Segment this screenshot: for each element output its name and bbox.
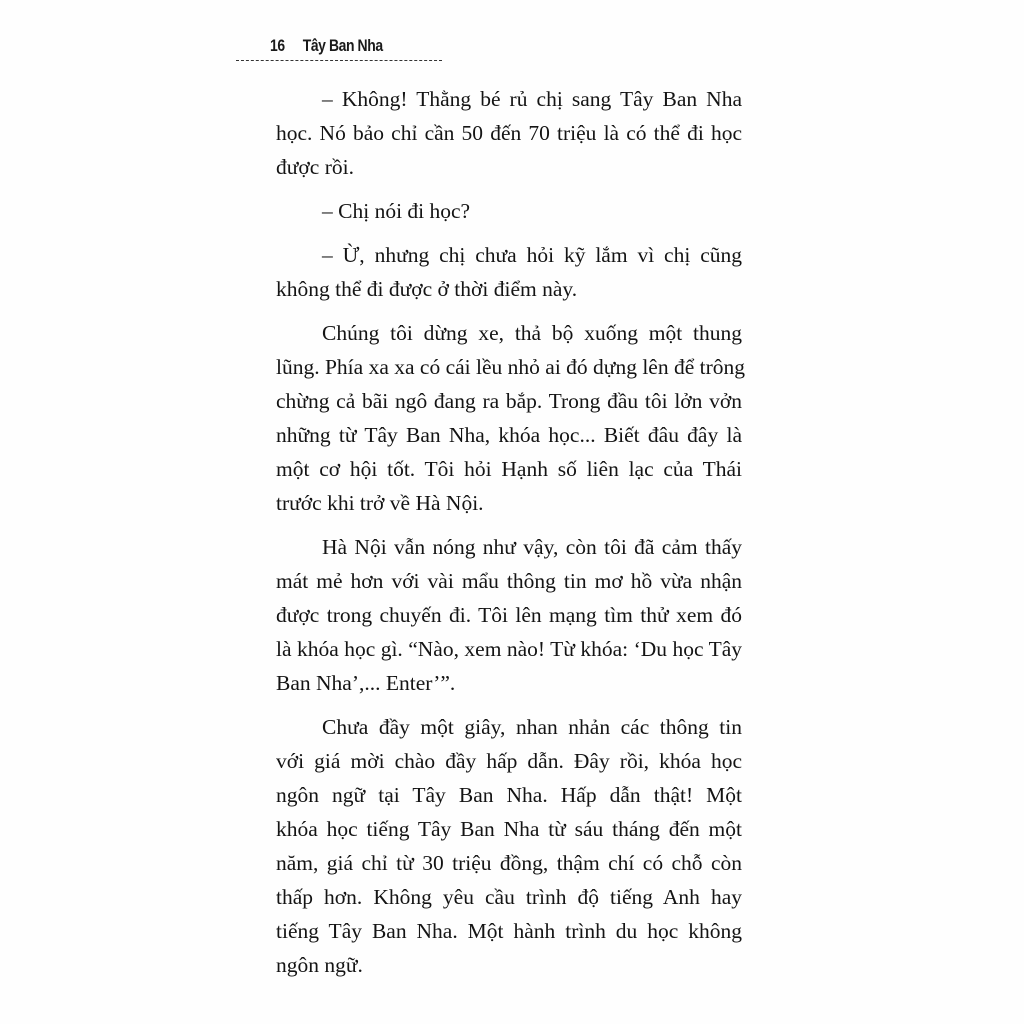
text-line: được trong chuyến đi. Tôi lên mạng tìm t… bbox=[276, 598, 742, 632]
paragraph-4: Chúng tôi dừng xe, thả bộ xuống một thun… bbox=[276, 316, 742, 520]
text-line: – Chị nói đi học? bbox=[276, 194, 742, 228]
text-line: thấp hơn. Không yêu cầu trình độ tiếng A… bbox=[276, 880, 742, 914]
text-line: – Ừ, nhưng chị chưa hỏi kỹ lắm vì chị cũ… bbox=[276, 238, 742, 272]
text-line: mát mẻ hơn với vài mẩu thông tin mơ hồ v… bbox=[276, 564, 742, 598]
text-line: một cơ hội tốt. Tôi hỏi Hạnh số liên lạc… bbox=[276, 452, 742, 486]
text-line: ngôn ngữ. bbox=[276, 948, 742, 982]
paragraph-1: – Không! Thằng bé rủ chị sang Tây Ban Nh… bbox=[276, 82, 742, 184]
text-line: Chưa đầy một giây, nhan nhản các thông t… bbox=[276, 710, 742, 744]
paragraph-6: Chưa đầy một giây, nhan nhản các thông t… bbox=[276, 710, 742, 982]
text-line: Chúng tôi dừng xe, thả bộ xuống một thun… bbox=[276, 316, 742, 350]
text-line: ngôn ngữ tại Tây Ban Nha. Hấp dẫn thật! … bbox=[276, 778, 742, 812]
text-line: – Không! Thằng bé rủ chị sang Tây Ban Nh… bbox=[276, 82, 742, 116]
text-line: khóa học tiếng Tây Ban Nha từ sáu tháng … bbox=[276, 812, 742, 846]
book-page: 16Tây Ban Nha – Không! Thằng bé rủ chị s… bbox=[0, 0, 1024, 1024]
running-title: Tây Ban Nha bbox=[303, 36, 383, 55]
text-line: Ban Nha’,... Enter’”. bbox=[276, 666, 742, 700]
text-line: được rồi. bbox=[276, 150, 742, 184]
page-number: 16 bbox=[270, 36, 285, 55]
text-line: chừng cả bãi ngô đang ra bắp. Trong đầu … bbox=[276, 384, 742, 418]
text-line: trước khi trở về Hà Nội. bbox=[276, 486, 742, 520]
text-line: lũng. Phía xa xa có cái lều nhỏ ai đó dự… bbox=[276, 350, 742, 384]
header-dashed-rule bbox=[236, 60, 442, 61]
text-line: Hà Nội vẫn nóng như vậy, còn tôi đã cảm … bbox=[276, 530, 742, 564]
text-line: với giá mời chào đầy hấp dẫn. Đây rồi, k… bbox=[276, 744, 742, 778]
text-line: không thể đi được ở thời điểm này. bbox=[276, 272, 742, 306]
text-line: tiếng Tây Ban Nha. Một hành trình du học… bbox=[276, 914, 742, 948]
paragraph-2: – Chị nói đi học? bbox=[276, 194, 742, 228]
body-text: – Không! Thằng bé rủ chị sang Tây Ban Nh… bbox=[276, 82, 742, 982]
text-line: những từ Tây Ban Nha, khóa học... Biết đ… bbox=[276, 418, 742, 452]
paragraph-3: – Ừ, nhưng chị chưa hỏi kỹ lắm vì chị cũ… bbox=[276, 238, 742, 306]
text-line: năm, giá chỉ từ 30 triệu đồng, thậm chí … bbox=[276, 846, 742, 880]
text-line: là khóa học gì. “Nào, xem nào! Từ khóa: … bbox=[276, 632, 742, 666]
text-line: học. Nó bảo chỉ cần 50 đến 70 triệu là c… bbox=[276, 116, 742, 150]
running-header: 16Tây Ban Nha bbox=[270, 36, 383, 56]
paragraph-5: Hà Nội vẫn nóng như vậy, còn tôi đã cảm … bbox=[276, 530, 742, 700]
